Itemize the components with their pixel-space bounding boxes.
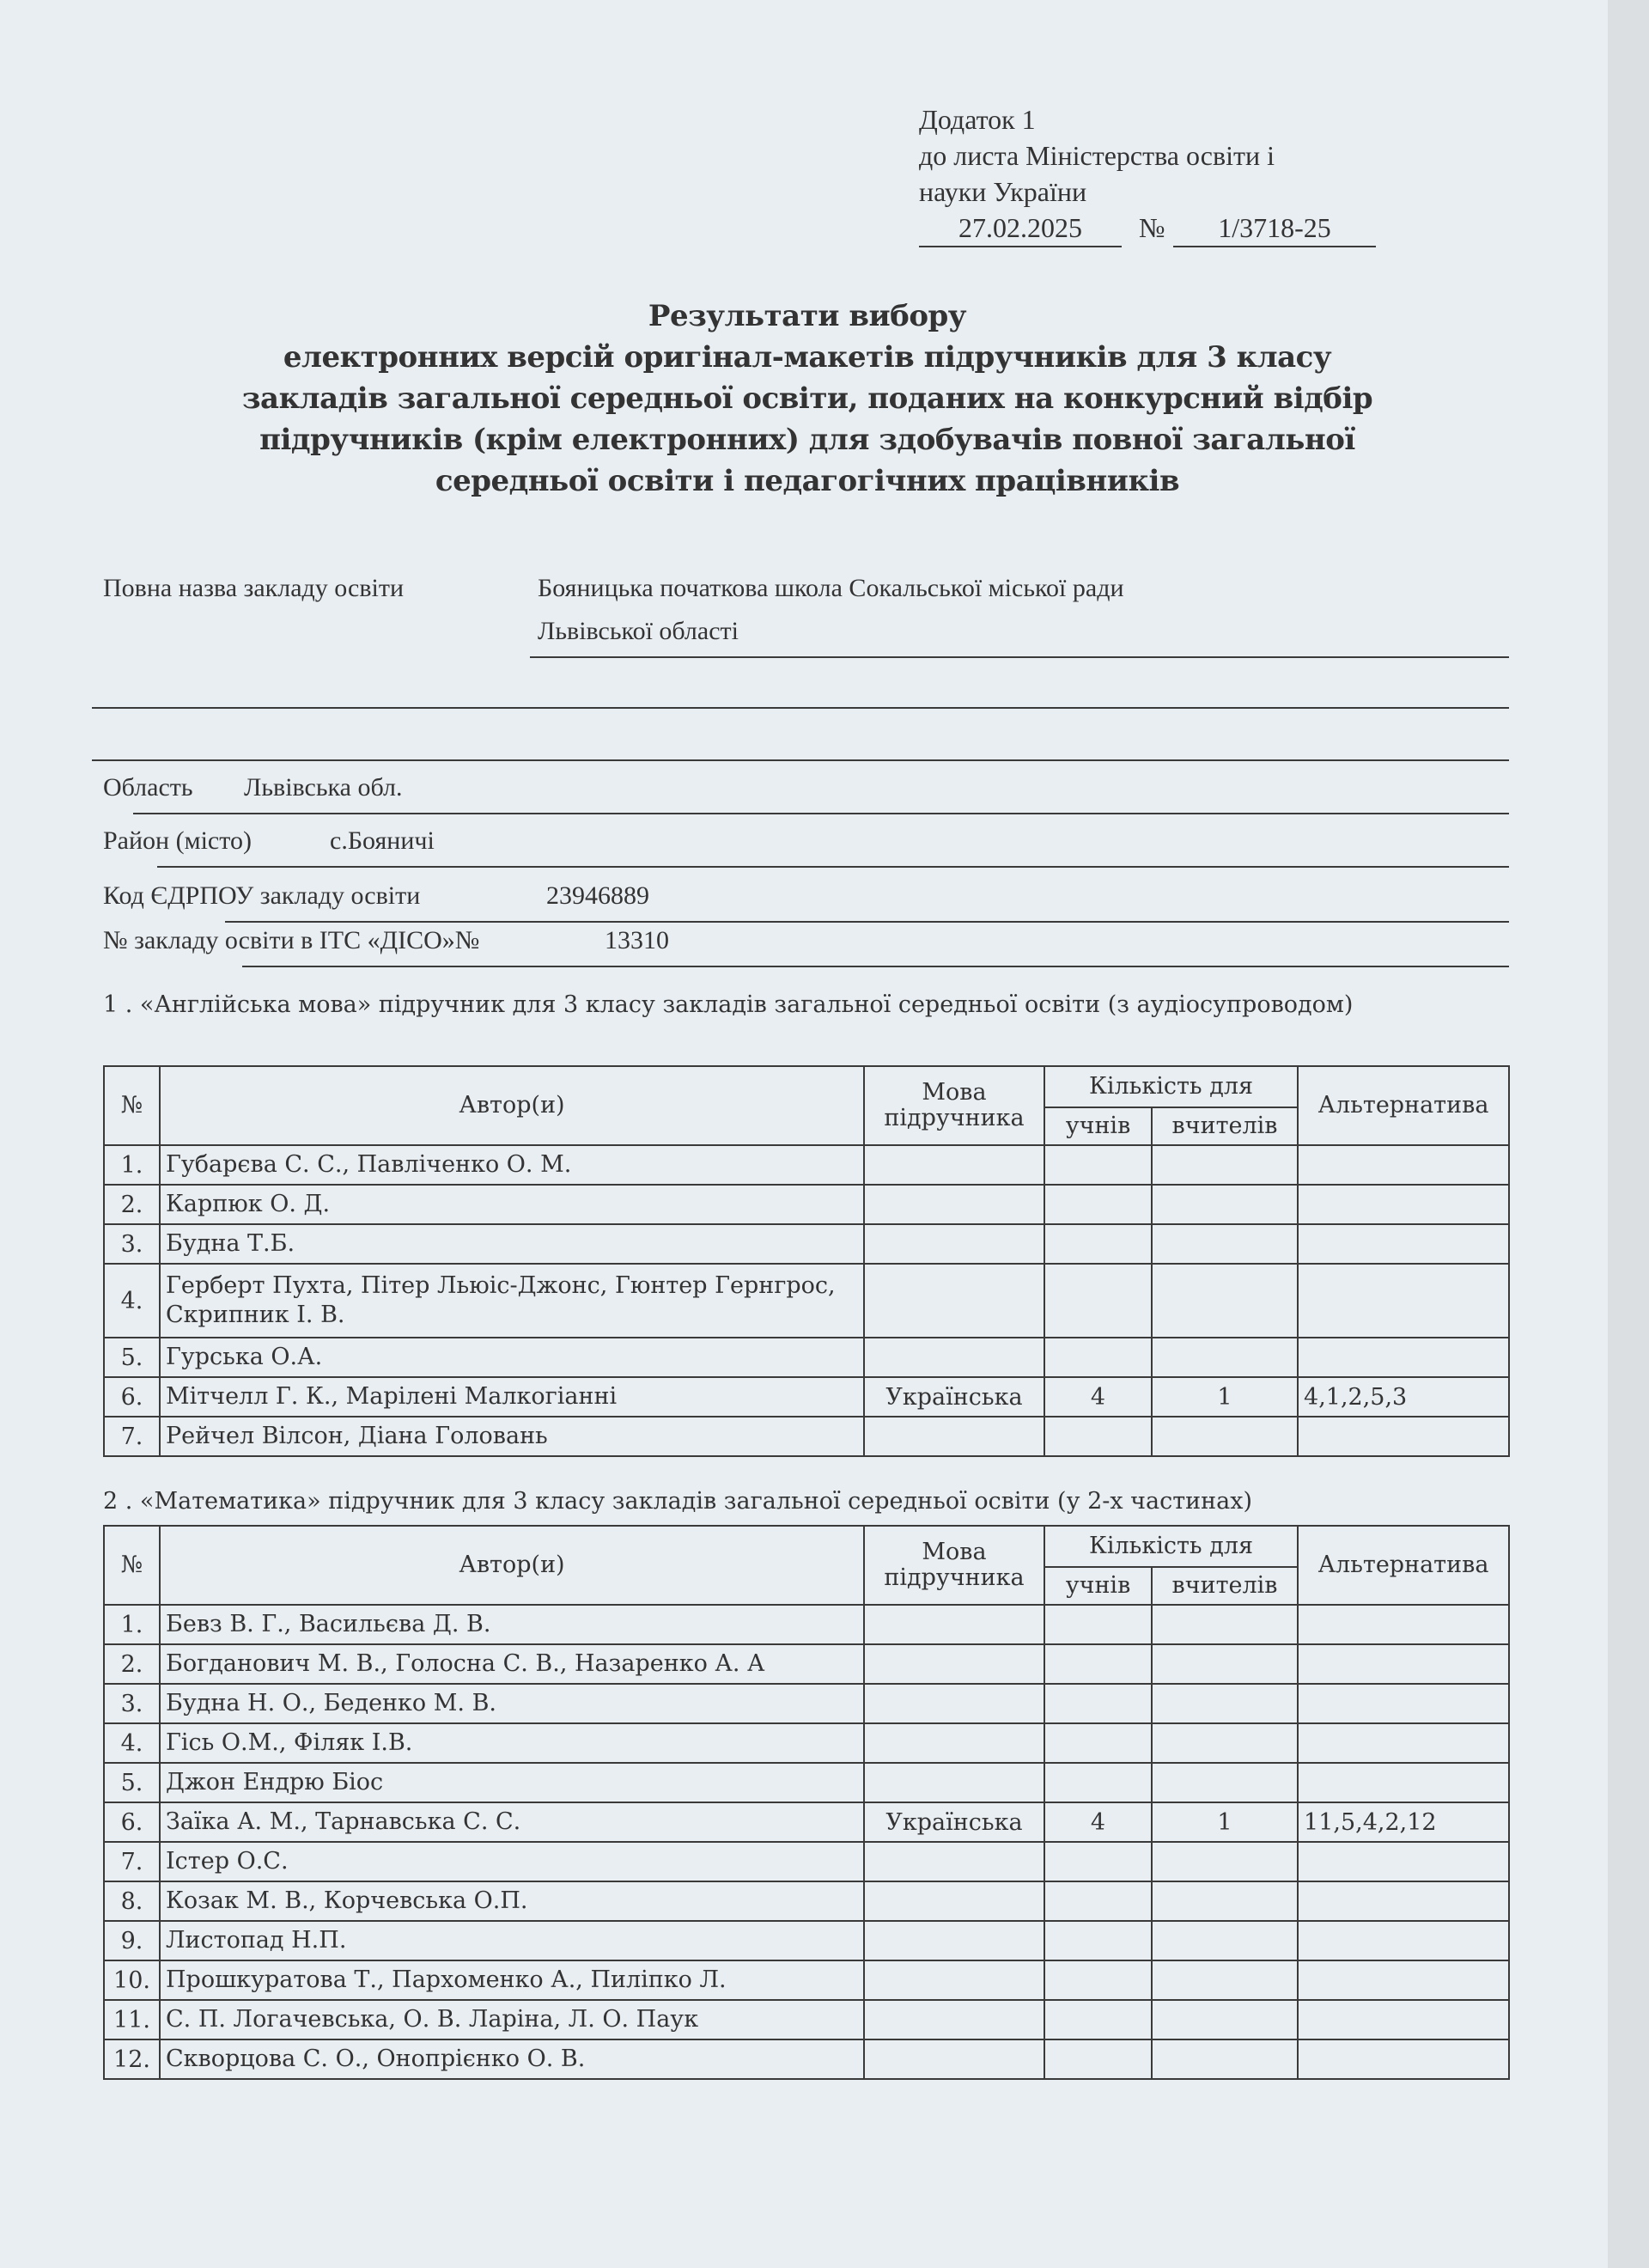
title-line: закладів загальної середньої освіти, под… bbox=[103, 378, 1512, 419]
school-name-label: Повна назва закладу освіти bbox=[103, 574, 404, 603]
district-underline bbox=[157, 866, 1509, 868]
appendix-number: Додаток 1 bbox=[919, 101, 1275, 137]
row-number: 3. bbox=[104, 1684, 160, 1723]
header-number: № bbox=[104, 1066, 160, 1145]
region-label: Область bbox=[103, 773, 193, 802]
edrpou-value: 23946889 bbox=[546, 881, 649, 911]
table-row: 11.С. П. Логачевська, О. В. Ларіна, Л. О… bbox=[104, 2000, 1509, 2039]
appendix-reference: Додаток 1 до листа Міністерства освіти і… bbox=[919, 101, 1275, 251]
row-language bbox=[864, 1644, 1044, 1684]
row-alternative bbox=[1298, 1145, 1509, 1185]
row-teachers bbox=[1152, 1185, 1298, 1224]
row-teachers bbox=[1152, 1644, 1298, 1684]
header-students: учнів bbox=[1044, 1107, 1152, 1145]
row-language bbox=[864, 1763, 1044, 1802]
itc-label: № закладу освіти в ІТС «ДІСО»№ bbox=[103, 926, 479, 955]
row-language bbox=[864, 1723, 1044, 1763]
row-language bbox=[864, 1417, 1044, 1456]
row-number: 6. bbox=[104, 1802, 160, 1842]
itc-underline bbox=[242, 966, 1509, 967]
row-students bbox=[1044, 1417, 1152, 1456]
row-language: Українська bbox=[864, 1802, 1044, 1842]
region-underline bbox=[133, 813, 1509, 814]
row-alternative bbox=[1298, 1684, 1509, 1723]
table-row: 5.Гурська О.А. bbox=[104, 1338, 1509, 1377]
row-authors: Прошкуратова Т., Пархоменко А., Пиліпко … bbox=[160, 1960, 864, 2000]
region-value: Львівська обл. bbox=[244, 773, 402, 802]
row-authors: Карпюк О. Д. bbox=[160, 1185, 864, 1224]
header-teachers: вчителів bbox=[1152, 1107, 1298, 1145]
row-authors: Скворцова С. О., Онопрієнко О. В. bbox=[160, 2039, 864, 2079]
row-alternative bbox=[1298, 1644, 1509, 1684]
row-language bbox=[864, 1145, 1044, 1185]
row-authors: Гісь О.М., Філяк І.В. bbox=[160, 1723, 864, 1763]
title-line: Результати вибору bbox=[103, 296, 1512, 337]
row-number: 11. bbox=[104, 2000, 160, 2039]
row-number: 7. bbox=[104, 1417, 160, 1456]
table-row: 6.Заїка А. М., Тарнавська С. С.Українськ… bbox=[104, 1802, 1509, 1842]
header-quantity: Кількість для bbox=[1044, 1526, 1298, 1567]
row-language bbox=[864, 1842, 1044, 1881]
row-authors: Гурська О.А. bbox=[160, 1338, 864, 1377]
results-table-english: № Автор(и) Мова підручника Кількість для… bbox=[103, 1065, 1510, 1457]
row-alternative bbox=[1298, 1224, 1509, 1264]
row-authors: Губарєва С. С., Павліченко О. М. bbox=[160, 1145, 864, 1185]
row-alternative bbox=[1298, 2039, 1509, 2079]
section-title-math: 2 . «Математика» підручник для 3 класу з… bbox=[103, 1485, 1512, 1519]
row-alternative bbox=[1298, 1417, 1509, 1456]
document-page: Додаток 1 до листа Міністерства освіти і… bbox=[0, 0, 1608, 2268]
row-authors: Мітчелл Г. К., Марілені Малкогіанні bbox=[160, 1377, 864, 1417]
table-row: 8.Козак М. В., Корчевська О.П. bbox=[104, 1881, 1509, 1921]
blank-underline-1 bbox=[92, 707, 1509, 709]
row-students bbox=[1044, 1644, 1152, 1684]
row-teachers bbox=[1152, 1763, 1298, 1802]
table-row: 6.Мітчелл Г. К., Марілені МалкогіанніУкр… bbox=[104, 1377, 1509, 1417]
row-language bbox=[864, 1185, 1044, 1224]
row-teachers bbox=[1152, 1881, 1298, 1921]
row-number: 3. bbox=[104, 1224, 160, 1264]
scanner-edge bbox=[1608, 0, 1649, 2268]
school-name-underline bbox=[530, 656, 1509, 658]
row-authors: Бевз В. Г., Васильєва Д. В. bbox=[160, 1605, 864, 1644]
row-authors: Істер О.С. bbox=[160, 1842, 864, 1881]
edrpou-underline bbox=[225, 921, 1509, 923]
edrpou-label: Код ЄДРПОУ закладу освіти bbox=[103, 881, 420, 911]
row-teachers bbox=[1152, 2000, 1298, 2039]
row-teachers bbox=[1152, 1338, 1298, 1377]
row-number: 6. bbox=[104, 1377, 160, 1417]
row-alternative bbox=[1298, 1881, 1509, 1921]
row-teachers: 1 bbox=[1152, 1377, 1298, 1417]
row-students: 4 bbox=[1044, 1802, 1152, 1842]
title-line: середньої освіти і педагогічних працівни… bbox=[103, 460, 1512, 502]
row-students bbox=[1044, 2000, 1152, 2039]
header-language-line1: Мова bbox=[870, 1539, 1038, 1565]
row-students bbox=[1044, 1881, 1152, 1921]
row-students bbox=[1044, 1145, 1152, 1185]
row-number: 4. bbox=[104, 1264, 160, 1338]
results-table-math: № Автор(и) Мова підручника Кількість для… bbox=[103, 1525, 1510, 2080]
blank-underline-2 bbox=[92, 759, 1509, 761]
row-authors: Заїка А. М., Тарнавська С. С. bbox=[160, 1802, 864, 1842]
row-teachers bbox=[1152, 1224, 1298, 1264]
row-teachers bbox=[1152, 1921, 1298, 1960]
row-alternative: 4,1,2,5,3 bbox=[1298, 1377, 1509, 1417]
row-alternative bbox=[1298, 1842, 1509, 1881]
row-number: 1. bbox=[104, 1145, 160, 1185]
row-teachers bbox=[1152, 1417, 1298, 1456]
row-alternative bbox=[1298, 1763, 1509, 1802]
header-authors: Автор(и) bbox=[160, 1526, 864, 1605]
row-students bbox=[1044, 1960, 1152, 2000]
row-number: 8. bbox=[104, 1881, 160, 1921]
district-label: Район (місто) bbox=[103, 826, 252, 856]
row-language bbox=[864, 1960, 1044, 2000]
row-teachers bbox=[1152, 1264, 1298, 1338]
row-students bbox=[1044, 1605, 1152, 1644]
row-number: 7. bbox=[104, 1842, 160, 1881]
row-students bbox=[1044, 1224, 1152, 1264]
table-row: 7.Рейчел Вілсон, Діана Головань bbox=[104, 1417, 1509, 1456]
row-number: 2. bbox=[104, 1644, 160, 1684]
row-alternative bbox=[1298, 1605, 1509, 1644]
row-language bbox=[864, 1338, 1044, 1377]
row-alternative bbox=[1298, 2000, 1509, 2039]
table-row: 4.Герберт Пухта, Пітер Льюіс-Джонс, Гюнт… bbox=[104, 1264, 1509, 1338]
header-alternative: Альтернатива bbox=[1298, 1066, 1509, 1145]
row-students bbox=[1044, 2039, 1152, 2079]
school-name-value-line1: Бояницька початкова школа Сокальської мі… bbox=[538, 574, 1124, 603]
table-row: 5.Джон Ендрю Біос bbox=[104, 1763, 1509, 1802]
header-language-line1: Мова bbox=[870, 1080, 1038, 1106]
table-row: 1.Губарєва С. С., Павліченко О. М. bbox=[104, 1145, 1509, 1185]
row-authors: Герберт Пухта, Пітер Льюіс-Джонс, Гюнтер… bbox=[160, 1264, 864, 1338]
row-language: Українська bbox=[864, 1377, 1044, 1417]
table-row: 2.Богданович М. В., Голосна С. В., Назар… bbox=[104, 1644, 1509, 1684]
section-title-english: 1 . «Англійська мова» підручник для 3 кл… bbox=[103, 988, 1512, 1022]
document-title: Результати вибору електронних версій ори… bbox=[103, 296, 1512, 502]
title-line: підручників (крім електронних) для здобу… bbox=[103, 419, 1512, 460]
header-authors: Автор(и) bbox=[160, 1066, 864, 1145]
letter-number: 1/3718-25 bbox=[1173, 210, 1376, 247]
row-language bbox=[864, 1264, 1044, 1338]
row-alternative bbox=[1298, 1960, 1509, 2000]
header-language-line2: підручника bbox=[870, 1565, 1038, 1591]
row-number: 5. bbox=[104, 1338, 160, 1377]
header-language: Мова підручника bbox=[864, 1526, 1044, 1605]
row-number: 4. bbox=[104, 1723, 160, 1763]
row-alternative bbox=[1298, 1185, 1509, 1224]
itc-value: 13310 bbox=[605, 926, 669, 955]
row-students bbox=[1044, 1763, 1152, 1802]
row-authors: Будна Т.Б. bbox=[160, 1224, 864, 1264]
row-students bbox=[1044, 1921, 1152, 1960]
row-language bbox=[864, 1605, 1044, 1644]
row-language bbox=[864, 2039, 1044, 2079]
header-quantity: Кількість для bbox=[1044, 1066, 1298, 1107]
header-students: учнів bbox=[1044, 1567, 1152, 1605]
row-students bbox=[1044, 1684, 1152, 1723]
header-alternative: Альтернатива bbox=[1298, 1526, 1509, 1605]
row-students bbox=[1044, 1723, 1152, 1763]
appendix-to-letter: до листа Міністерства освіти і bbox=[919, 137, 1275, 174]
row-number: 5. bbox=[104, 1763, 160, 1802]
row-teachers bbox=[1152, 1842, 1298, 1881]
row-alternative bbox=[1298, 1723, 1509, 1763]
row-authors: Козак М. В., Корчевська О.П. bbox=[160, 1881, 864, 1921]
row-students: 4 bbox=[1044, 1377, 1152, 1417]
table-row: 10.Прошкуратова Т., Пархоменко А., Пиліп… bbox=[104, 1960, 1509, 2000]
letter-date: 27.02.2025 bbox=[919, 210, 1122, 247]
row-authors: Богданович М. В., Голосна С. В., Назарен… bbox=[160, 1644, 864, 1684]
row-students bbox=[1044, 1338, 1152, 1377]
row-language bbox=[864, 1224, 1044, 1264]
table-row: 12.Скворцова С. О., Онопрієнко О. В. bbox=[104, 2039, 1509, 2079]
row-number: 9. bbox=[104, 1921, 160, 1960]
row-alternative bbox=[1298, 1264, 1509, 1338]
row-language bbox=[864, 2000, 1044, 2039]
row-number: 2. bbox=[104, 1185, 160, 1224]
table-row: 1.Бевз В. Г., Васильєва Д. В. bbox=[104, 1605, 1509, 1644]
header-language: Мова підручника bbox=[864, 1066, 1044, 1145]
appendix-ministry: науки України bbox=[919, 174, 1275, 210]
row-language bbox=[864, 1684, 1044, 1723]
letter-reference: 27.02.2025 № 1/3718-25 bbox=[919, 210, 1275, 251]
row-number: 1. bbox=[104, 1605, 160, 1644]
row-teachers bbox=[1152, 1960, 1298, 2000]
row-authors: Джон Ендрю Біос bbox=[160, 1763, 864, 1802]
table-row: 3.Будна Н. О., Беденко М. В. bbox=[104, 1684, 1509, 1723]
row-teachers bbox=[1152, 1145, 1298, 1185]
district-value: с.Бояничі bbox=[330, 826, 435, 856]
school-name-value-line2: Львівської області bbox=[538, 617, 739, 646]
row-teachers: 1 bbox=[1152, 1802, 1298, 1842]
row-alternative: 11,5,4,2,12 bbox=[1298, 1802, 1509, 1842]
table-row: 9.Листопад Н.П. bbox=[104, 1921, 1509, 1960]
table-row: 4.Гісь О.М., Філяк І.В. bbox=[104, 1723, 1509, 1763]
row-teachers bbox=[1152, 1723, 1298, 1763]
row-language bbox=[864, 1921, 1044, 1960]
row-students bbox=[1044, 1185, 1152, 1224]
row-authors: Листопад Н.П. bbox=[160, 1921, 864, 1960]
header-number: № bbox=[104, 1526, 160, 1605]
row-number: 10. bbox=[104, 1960, 160, 2000]
table-row: 3.Будна Т.Б. bbox=[104, 1224, 1509, 1264]
row-teachers bbox=[1152, 1605, 1298, 1644]
number-sign: № bbox=[1139, 210, 1165, 246]
table-row: 7.Істер О.С. bbox=[104, 1842, 1509, 1881]
table-row: 2.Карпюк О. Д. bbox=[104, 1185, 1509, 1224]
header-teachers: вчителів bbox=[1152, 1567, 1298, 1605]
row-students bbox=[1044, 1264, 1152, 1338]
row-students bbox=[1044, 1842, 1152, 1881]
title-line: електронних версій оригінал-макетів підр… bbox=[103, 337, 1512, 378]
row-authors: Рейчел Вілсон, Діана Головань bbox=[160, 1417, 864, 1456]
row-alternative bbox=[1298, 1921, 1509, 1960]
row-language bbox=[864, 1881, 1044, 1921]
row-number: 12. bbox=[104, 2039, 160, 2079]
header-language-line2: підручника bbox=[870, 1106, 1038, 1131]
row-authors: Будна Н. О., Беденко М. В. bbox=[160, 1684, 864, 1723]
row-teachers bbox=[1152, 2039, 1298, 2079]
row-authors: С. П. Логачевська, О. В. Ларіна, Л. О. П… bbox=[160, 2000, 864, 2039]
row-teachers bbox=[1152, 1684, 1298, 1723]
row-alternative bbox=[1298, 1338, 1509, 1377]
